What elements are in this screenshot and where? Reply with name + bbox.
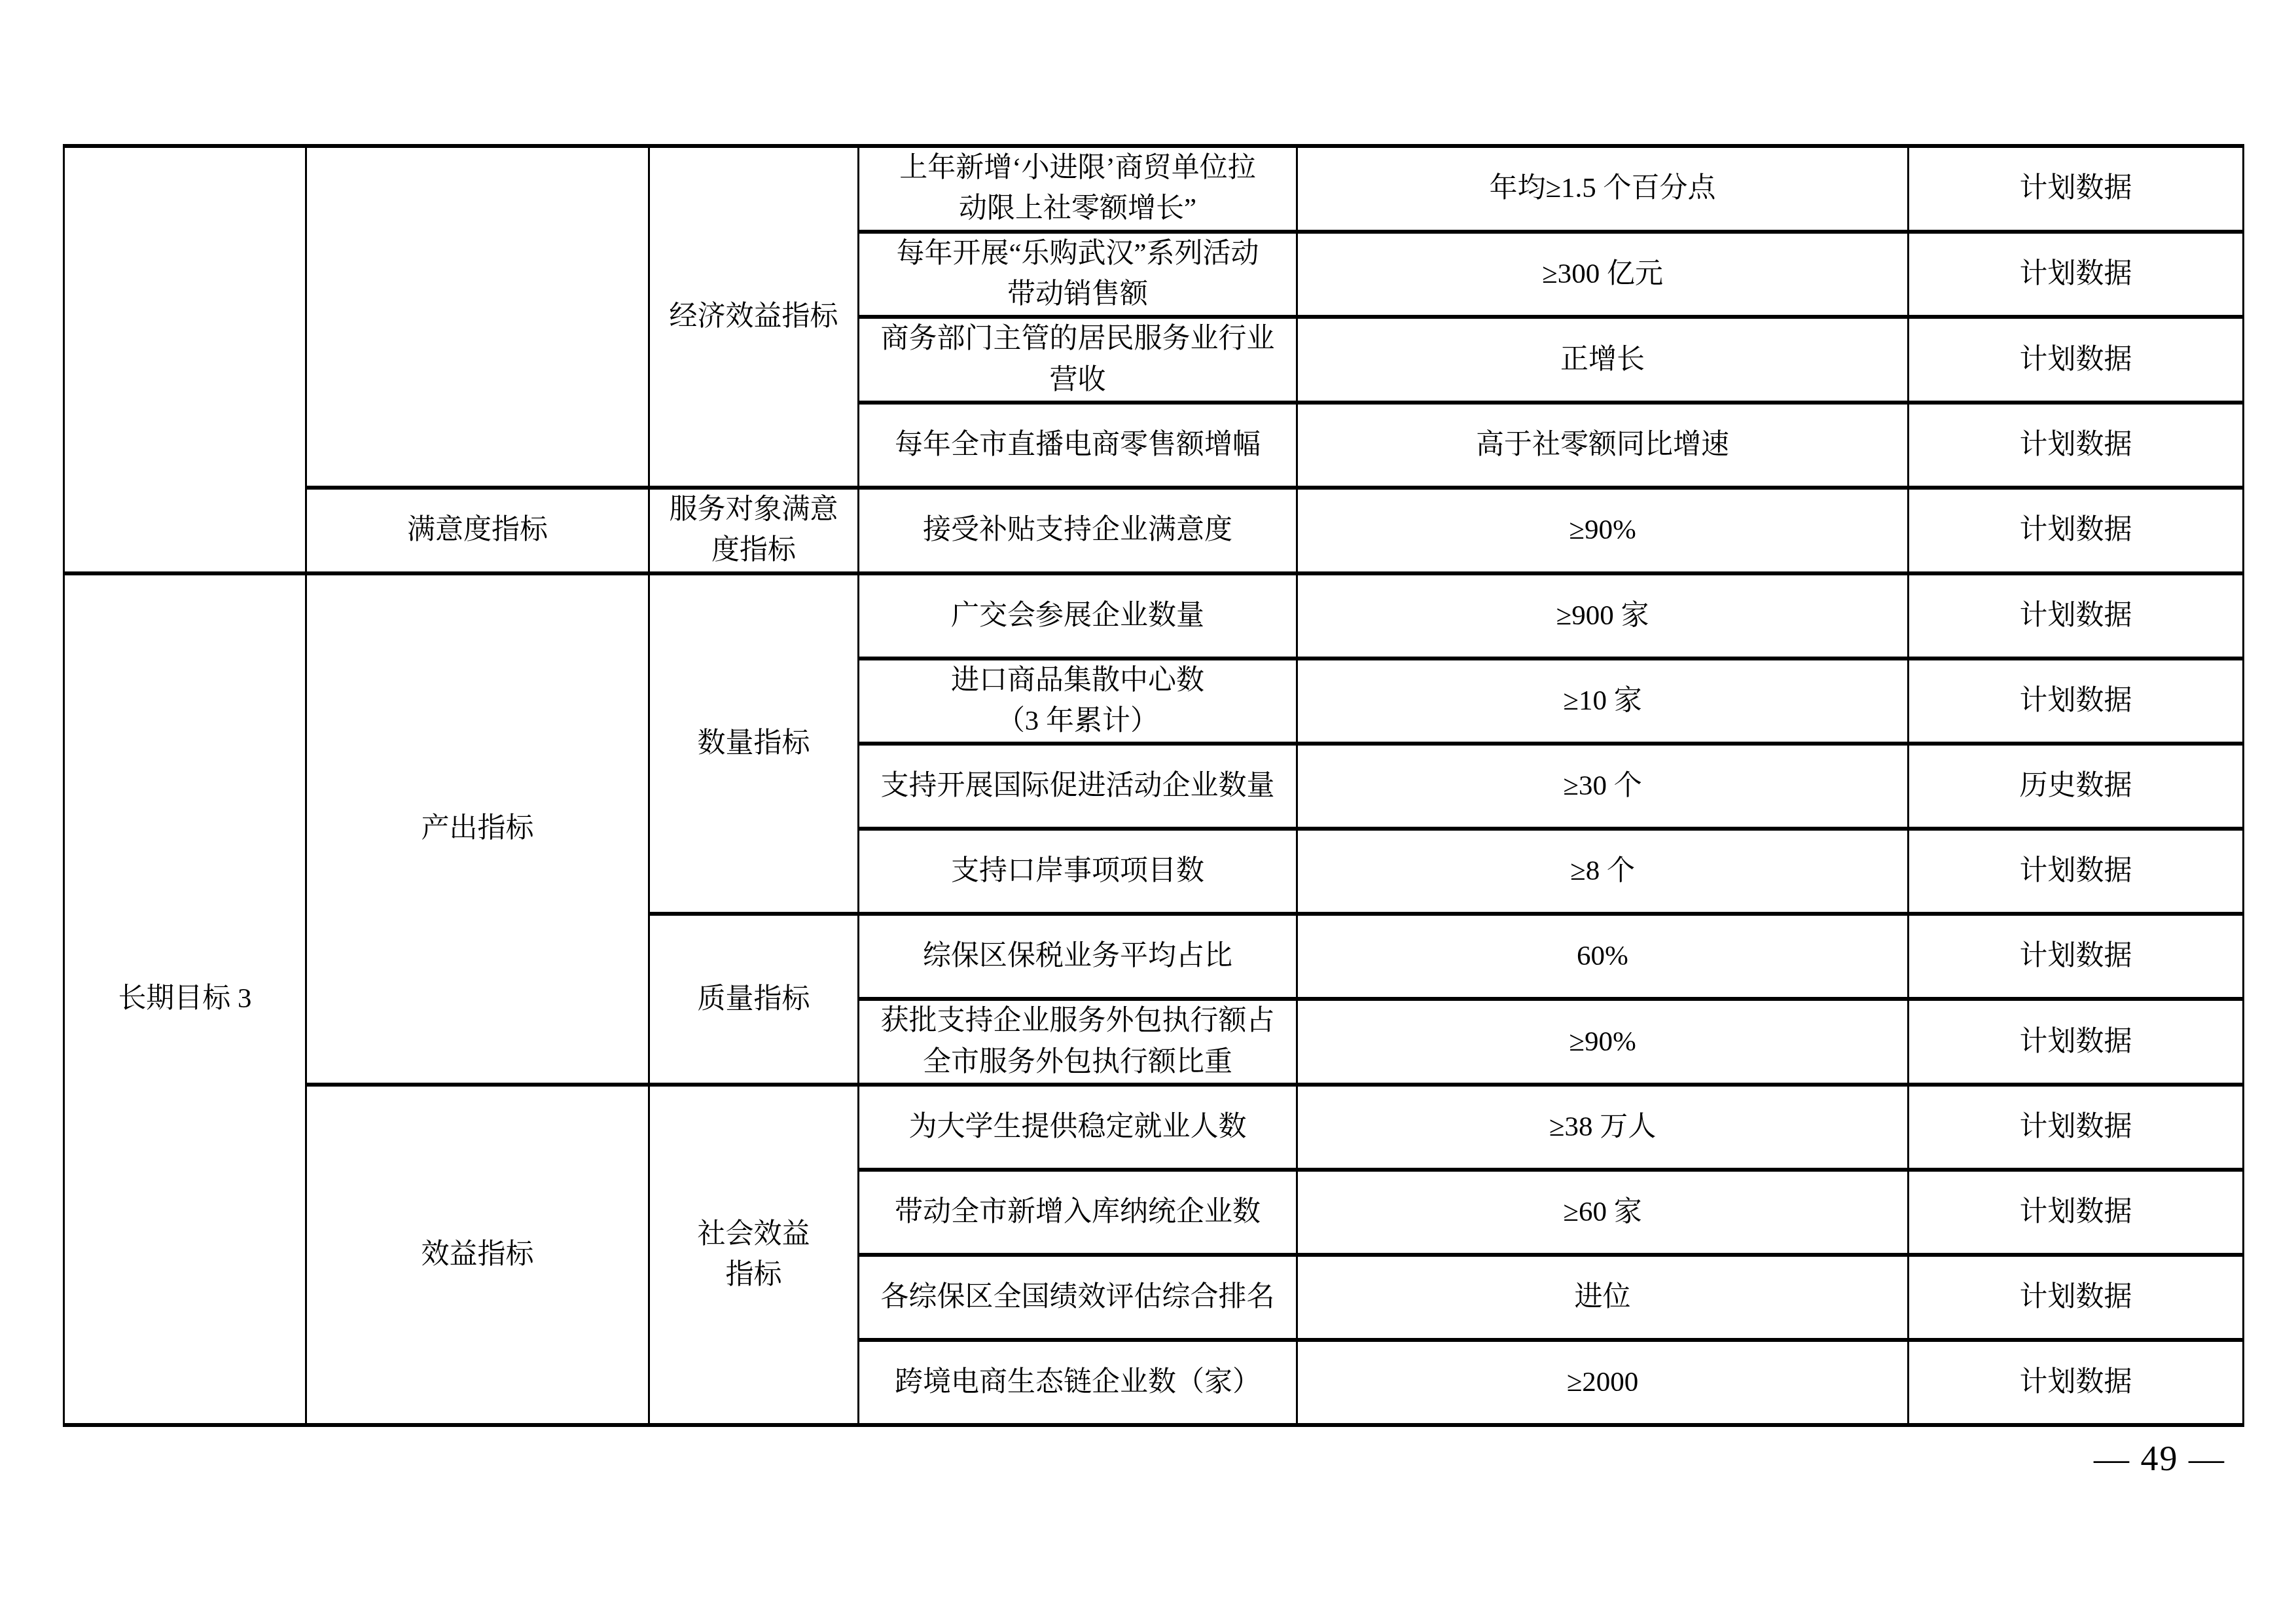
cell-data-source: 计划数据 [1909, 1340, 2244, 1425]
cell-indicator: 带动全市新增入库纳统企业数 [859, 1170, 1297, 1255]
cell-data-source: 计划数据 [1909, 999, 2244, 1085]
table-row: 效益指标 社会效益 指标 为大学生提供稳定就业人数 ≥38 万人 计划数据 [64, 1085, 2244, 1170]
cell-indicator: 广交会参展企业数量 [859, 573, 1297, 659]
cell-data-source: 计划数据 [1909, 317, 2244, 403]
cell-goal-3: 长期目标 3 [64, 573, 306, 1425]
cell-category-benefit: 效益指标 [306, 1085, 649, 1425]
table-row: 满意度指标 服务对象满意 度指标 接受补贴支持企业满意度 ≥90% 计划数据 [64, 488, 2244, 573]
cell-target-value: ≥90% [1297, 488, 1909, 573]
cell-subcategory-quality: 质量指标 [649, 914, 859, 1085]
cell-data-source: 历史数据 [1909, 744, 2244, 829]
page-number: — 49 — [2094, 1437, 2225, 1480]
cell-indicator: 支持开展国际促进活动企业数量 [859, 744, 1297, 829]
table-row: 经济效益指标 上年新增‘小进限’商贸单位拉 动限上社零额增长” 年均≥1.5 个… [64, 146, 2244, 232]
cell-subcategory-quantity: 数量指标 [649, 573, 859, 914]
cell-target-value: ≥90% [1297, 999, 1909, 1085]
cell-target-value: 年均≥1.5 个百分点 [1297, 146, 1909, 232]
cell-category-output: 产出指标 [306, 573, 649, 1085]
cell-data-source: 计划数据 [1909, 573, 2244, 659]
cell-indicator: 各综保区全国绩效评估综合排名 [859, 1255, 1297, 1340]
cell-data-source: 计划数据 [1909, 1255, 2244, 1340]
cell-indicator: 每年开展“乐购武汉”系列活动 带动销售额 [859, 232, 1297, 317]
cell-data-source: 计划数据 [1909, 403, 2244, 488]
cell-data-source: 计划数据 [1909, 1085, 2244, 1170]
cell-indicator: 每年全市直播电商零售额增幅 [859, 403, 1297, 488]
cell-indicator: 获批支持企业服务外包执行额占 全市服务外包执行额比重 [859, 999, 1297, 1085]
cell-target-value: 进位 [1297, 1255, 1909, 1340]
cell-target-value: ≥10 家 [1297, 659, 1909, 744]
cell-indicator: 综保区保税业务平均占比 [859, 914, 1297, 999]
cell-target-value: 高于社零额同比增速 [1297, 403, 1909, 488]
cell-subcategory-social-benefit: 社会效益 指标 [649, 1085, 859, 1425]
cell-data-source: 计划数据 [1909, 1170, 2244, 1255]
cell-indicator: 商务部门主管的居民服务业行业 营收 [859, 317, 1297, 403]
cell-indicator: 跨境电商生态链企业数（家） [859, 1340, 1297, 1425]
cell-target-value: 正增长 [1297, 317, 1909, 403]
cell-target-value: ≥30 个 [1297, 744, 1909, 829]
cell-data-source: 计划数据 [1909, 829, 2244, 914]
cell-category-continued [306, 146, 649, 488]
document-page: 经济效益指标 上年新增‘小进限’商贸单位拉 动限上社零额增长” 年均≥1.5 个… [0, 0, 2296, 1624]
cell-goal-continued [64, 146, 306, 573]
cell-data-source: 计划数据 [1909, 914, 2244, 999]
cell-data-source: 计划数据 [1909, 488, 2244, 573]
cell-target-value: ≥2000 [1297, 1340, 1909, 1425]
cell-subcategory-service-satisfaction: 服务对象满意 度指标 [649, 488, 859, 573]
cell-target-value: 60% [1297, 914, 1909, 999]
performance-indicator-table: 经济效益指标 上年新增‘小进限’商贸单位拉 动限上社零额增长” 年均≥1.5 个… [63, 144, 2244, 1427]
cell-indicator: 进口商品集散中心数 （3 年累计） [859, 659, 1297, 744]
cell-indicator: 上年新增‘小进限’商贸单位拉 动限上社零额增长” [859, 146, 1297, 232]
cell-target-value: ≥60 家 [1297, 1170, 1909, 1255]
cell-indicator: 为大学生提供稳定就业人数 [859, 1085, 1297, 1170]
cell-data-source: 计划数据 [1909, 232, 2244, 317]
cell-target-value: ≥300 亿元 [1297, 232, 1909, 317]
cell-target-value: ≥900 家 [1297, 573, 1909, 659]
cell-category-satisfaction: 满意度指标 [306, 488, 649, 573]
cell-data-source: 计划数据 [1909, 659, 2244, 744]
cell-data-source: 计划数据 [1909, 146, 2244, 232]
cell-indicator: 支持口岸事项项目数 [859, 829, 1297, 914]
cell-indicator: 接受补贴支持企业满意度 [859, 488, 1297, 573]
table-row: 长期目标 3 产出指标 数量指标 广交会参展企业数量 ≥900 家 计划数据 [64, 573, 2244, 659]
cell-subcategory-economic-benefit: 经济效益指标 [649, 146, 859, 488]
cell-target-value: ≥8 个 [1297, 829, 1909, 914]
cell-target-value: ≥38 万人 [1297, 1085, 1909, 1170]
